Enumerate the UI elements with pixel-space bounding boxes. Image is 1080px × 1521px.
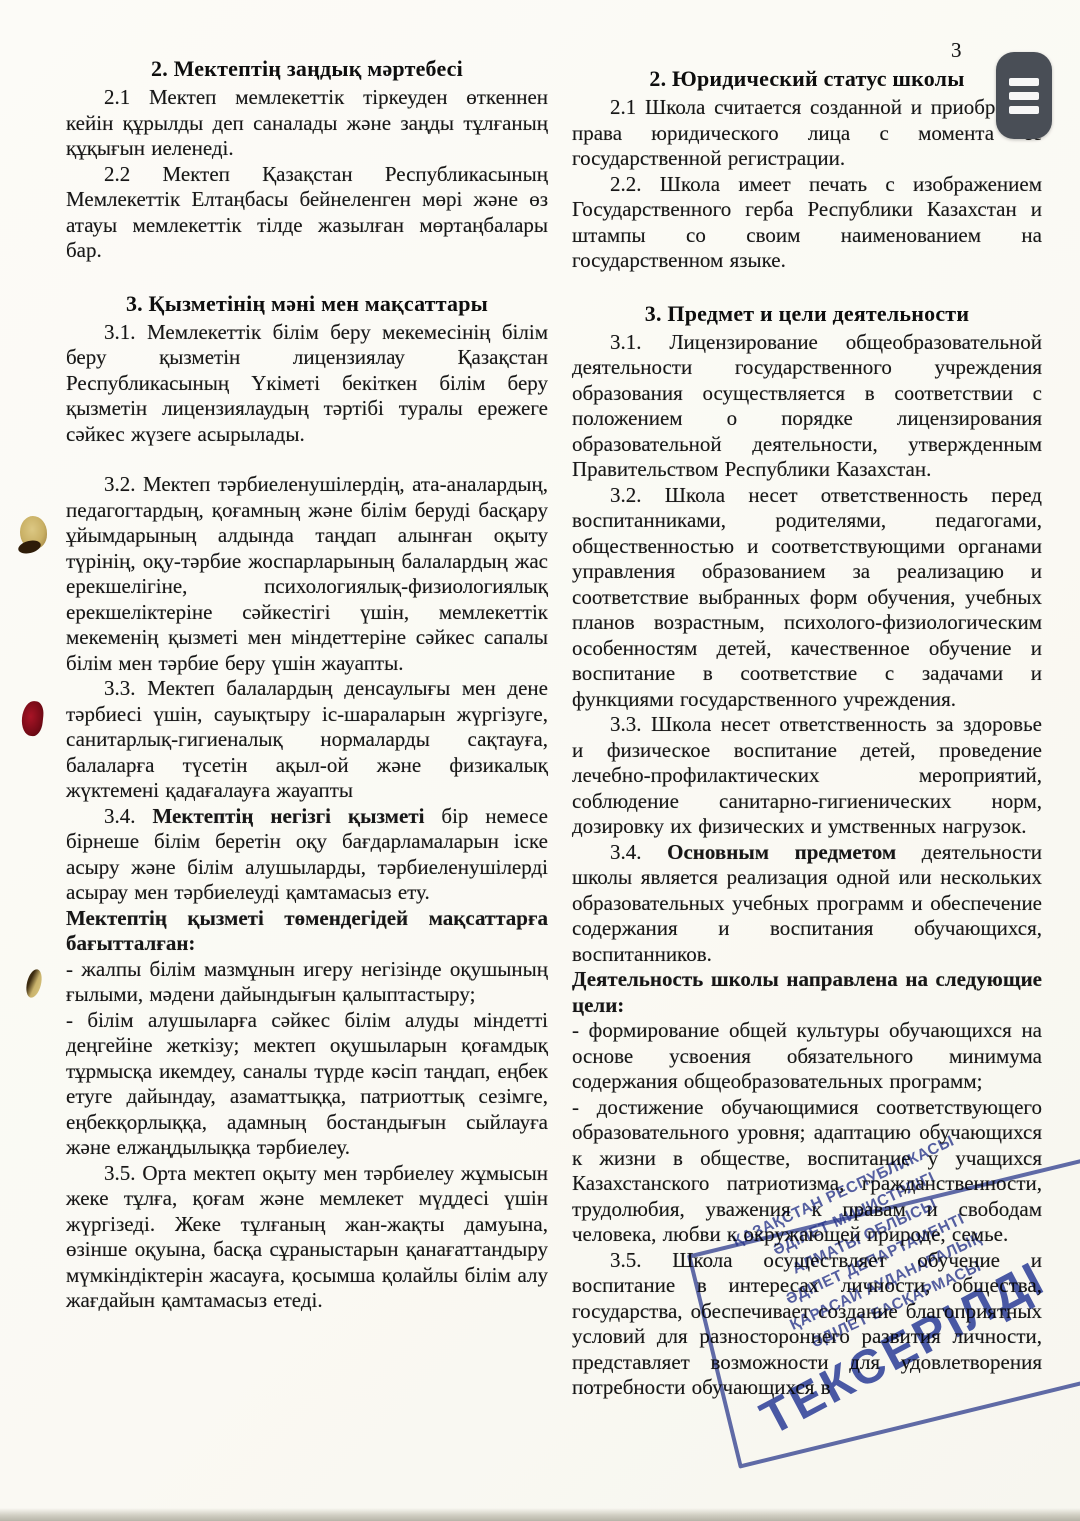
goal-item-kk: - жалпы білім мазмұнын игеру негізінде о… [66,957,548,1008]
section-heading-legal-status-ru: 2. Юридический статус школы [572,66,1042,92]
para-3-1-ru: 3.1. Лицензирование общеобразовательной … [572,330,1042,483]
para-2-2-ru: 2.2. Школа имеет печать с изображением Г… [572,172,1042,274]
para-3-4-kk: 3.4. Мектептің негізгі қызметі бір немес… [66,804,548,906]
menu-button[interactable] [996,52,1052,139]
hamburger-bar [1009,92,1039,100]
para-2-2-kk: 2.2 Мектеп Қазақстан Республикасының Мем… [66,162,548,264]
left-column-kazakh: 2. Мектептің заңдық мәртебесі 2.1 Мектеп… [66,56,548,1401]
goal-item-kk: - білім алушыларға сәйкес білім алуды мі… [66,1008,548,1161]
para-3-4-bold-kk: Мектептің негізгі қызметі [152,804,424,828]
para-3-3-ru: 3.3. Школа несет ответственность за здор… [572,712,1042,840]
hamburger-bar [1009,78,1039,86]
para-2-1-kk: 2.1 Мектеп мемлекеттік тіркеуден өткенне… [66,85,548,162]
goal-item-ru: - достижение обучающимися соответствующе… [572,1095,1042,1248]
section-heading-legal-status-kk: 2. Мектептің заңдық мәртебесі [66,56,548,82]
page-bottom-edge [0,1508,1080,1521]
section-heading-activity-kk: 3. Қызметінің мәні мен мақсаттары [66,291,548,317]
scanned-document-page: 3 2. Мектептің заңдық мәртебесі 2.1 Мект… [0,0,1080,1521]
section-heading-activity-ru: 3. Предмет и цели деятельности [572,301,1042,327]
para-3-2-kk: 3.2. Мектеп тәрбиеленушілердің, ата-анал… [66,472,548,676]
right-column-russian: 2. Юридический статус школы 2.1 Школа сч… [572,56,1042,1401]
goals-heading-kk: Мектептің қызметі төмендегідей мақсаттар… [66,906,548,957]
para-3-4-bold-ru: Основным предметом [667,840,896,864]
goals-heading-ru: Деятельность школы направлена на следующ… [572,967,1042,1018]
para-3-5-kk: 3.5. Орта мектеп оқыту мен тәрбиелеу жұм… [66,1161,548,1314]
hamburger-bar [1009,106,1039,114]
para-3-4-ru: 3.4. Основным предметом деятельности шко… [572,840,1042,968]
binding-mark-middle [20,700,45,737]
para-3-2-ru: 3.2. Школа несет ответственность перед в… [572,483,1042,713]
para-3-1-kk: 3.1. Мемлекеттік білім беру мекемесінің … [66,320,548,448]
para-3-4-number-kk: 3.4. [104,804,152,828]
para-3-5-ru: 3.5. Школа осуществляет обучение и воспи… [572,1248,1042,1401]
para-3-3-kk: 3.3. Мектеп балалардың денсаулығы мен де… [66,676,548,804]
document-content: 2. Мектептің заңдық мәртебесі 2.1 Мектеп… [66,56,1042,1401]
para-3-4-number-ru: 3.4. [610,840,667,864]
binding-mark-bottom [24,968,45,1000]
para-2-1-ru: 2.1 Школа считается созданной и приобрет… [572,95,1042,172]
binding-mark-top [20,516,47,549]
goal-item-ru: - формирование общей культуры обучающихс… [572,1018,1042,1095]
